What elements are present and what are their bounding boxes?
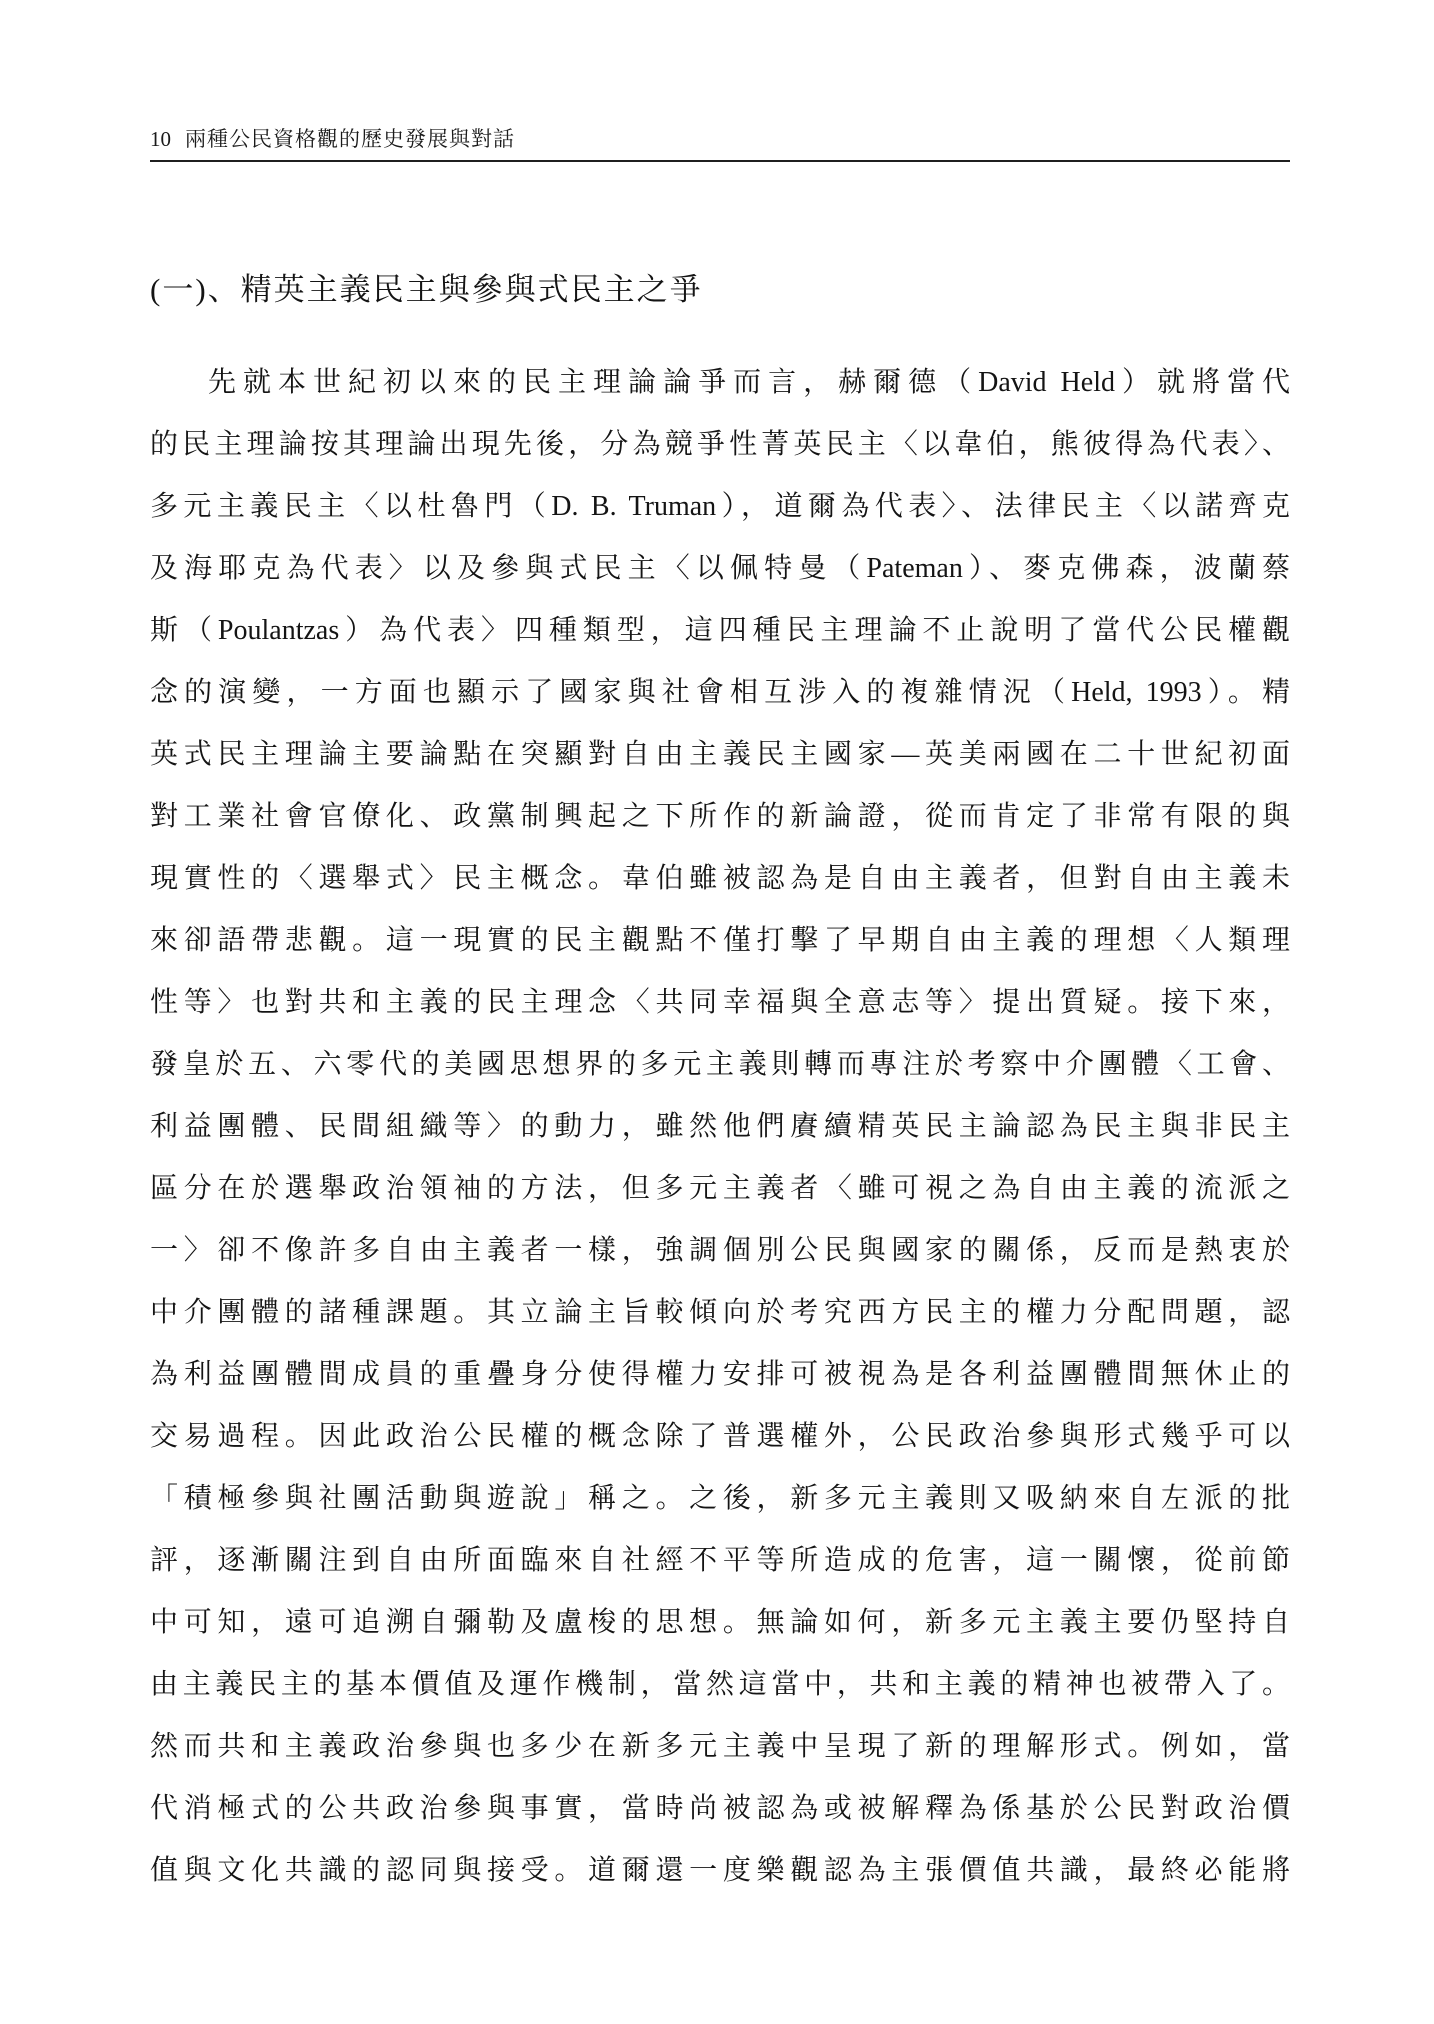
body-line: 值與文化共識的認同與接受。道爾還一度樂觀認為主張價值共識，最終必能將 (150, 1840, 1290, 1902)
body-line: 由主義民主的基本價值及運作機制，當然這當中，共和主義的精神也被帶入了。 (150, 1654, 1290, 1716)
body-line: 利益團體、民間組織等〉的動力，雖然他們賡續精英民主論認為民主與非民主 (150, 1096, 1290, 1158)
body-line: 評，逐漸關注到自由所面臨來自社經不平等所造成的危害，這一關懷，從前節 (150, 1530, 1290, 1592)
body-line: 交易過程。因此政治公民權的概念除了普選權外，公民政治參與形式幾乎可以 (150, 1406, 1290, 1468)
body-line: 來卻語帶悲觀。這一現實的民主觀點不僅打擊了早期自由主義的理想〈人類理 (150, 910, 1290, 972)
body-text: 先就本世紀初以來的民主理論論爭而言，赫爾德（David Held）就將當代的民主… (150, 352, 1290, 1902)
body-line: 為利益團體間成員的重疊身分使得權力安排可被視為是各利益團體間無休止的 (150, 1344, 1290, 1406)
body-line: 多元主義民主〈以杜魯門（D. B. Truman），道爾為代表〉、法律民主〈以諾… (150, 476, 1290, 538)
body-line: 及海耶克為代表〉以及參與式民主〈以佩特曼（Pateman）、麥克佛森，波蘭蔡 (150, 538, 1290, 600)
body-line: 「積極參與社團活動與遊說」稱之。之後，新多元主義則又吸納來自左派的批 (150, 1468, 1290, 1530)
header-divider (150, 160, 1290, 162)
body-line: 代消極式的公共政治參與事實，當時尚被認為或被解釋為係基於公民對政治價 (150, 1778, 1290, 1840)
document-page: 10兩種公民資格觀的歷史發展與對話 (一)、精英主義民主與參與式民主之爭 先就本… (0, 0, 1434, 2024)
body-line: 念的演變，一方面也顯示了國家與社會相互涉入的複雜情況（Held, 1993）。精 (150, 662, 1290, 724)
body-line: 英式民主理論主要論點在突顯對自由主義民主國家—英美兩國在二十世紀初面 (150, 724, 1290, 786)
body-line: 性等〉也對共和主義的民主理念〈共同幸福與全意志等〉提出質疑。接下來， (150, 972, 1290, 1034)
page-number: 10 (150, 127, 171, 151)
body-line: 先就本世紀初以來的民主理論論爭而言，赫爾德（David Held）就將當代 (150, 352, 1290, 414)
section-heading: (一)、精英主義民主與參與式民主之爭 (150, 268, 1290, 312)
running-title: 兩種公民資格觀的歷史發展與對話 (185, 127, 515, 151)
body-line: 區分在於選舉政治領袖的方法，但多元主義者〈雖可視之為自由主義的流派之 (150, 1158, 1290, 1220)
running-header: 10兩種公民資格觀的歷史發展與對話 (150, 124, 1290, 154)
body-line: 中可知，遠可追溯自彌勒及盧梭的思想。無論如何，新多元主義主要仍堅持自 (150, 1592, 1290, 1654)
body-line: 發皇於五、六零代的美國思想界的多元主義則轉而專注於考察中介團體〈工會、 (150, 1034, 1290, 1096)
body-line: 中介團體的諸種課題。其立論主旨較傾向於考究西方民主的權力分配問題，認 (150, 1282, 1290, 1344)
body-line: 的民主理論按其理論出現先後，分為競爭性菁英民主〈以韋伯，熊彼得為代表〉、 (150, 414, 1290, 476)
body-line: 然而共和主義政治參與也多少在新多元主義中呈現了新的理解形式。例如，當 (150, 1716, 1290, 1778)
body-line: 斯（Poulantzas）為代表〉四種類型，這四種民主理論不止說明了當代公民權觀 (150, 600, 1290, 662)
body-line: 一〉卻不像許多自由主義者一樣，強調個別公民與國家的關係，反而是熱衷於 (150, 1220, 1290, 1282)
body-line: 對工業社會官僚化、政黨制興起之下所作的新論證，從而肯定了非常有限的與 (150, 786, 1290, 848)
body-line: 現實性的〈選舉式〉民主概念。韋伯雖被認為是自由主義者，但對自由主義未 (150, 848, 1290, 910)
